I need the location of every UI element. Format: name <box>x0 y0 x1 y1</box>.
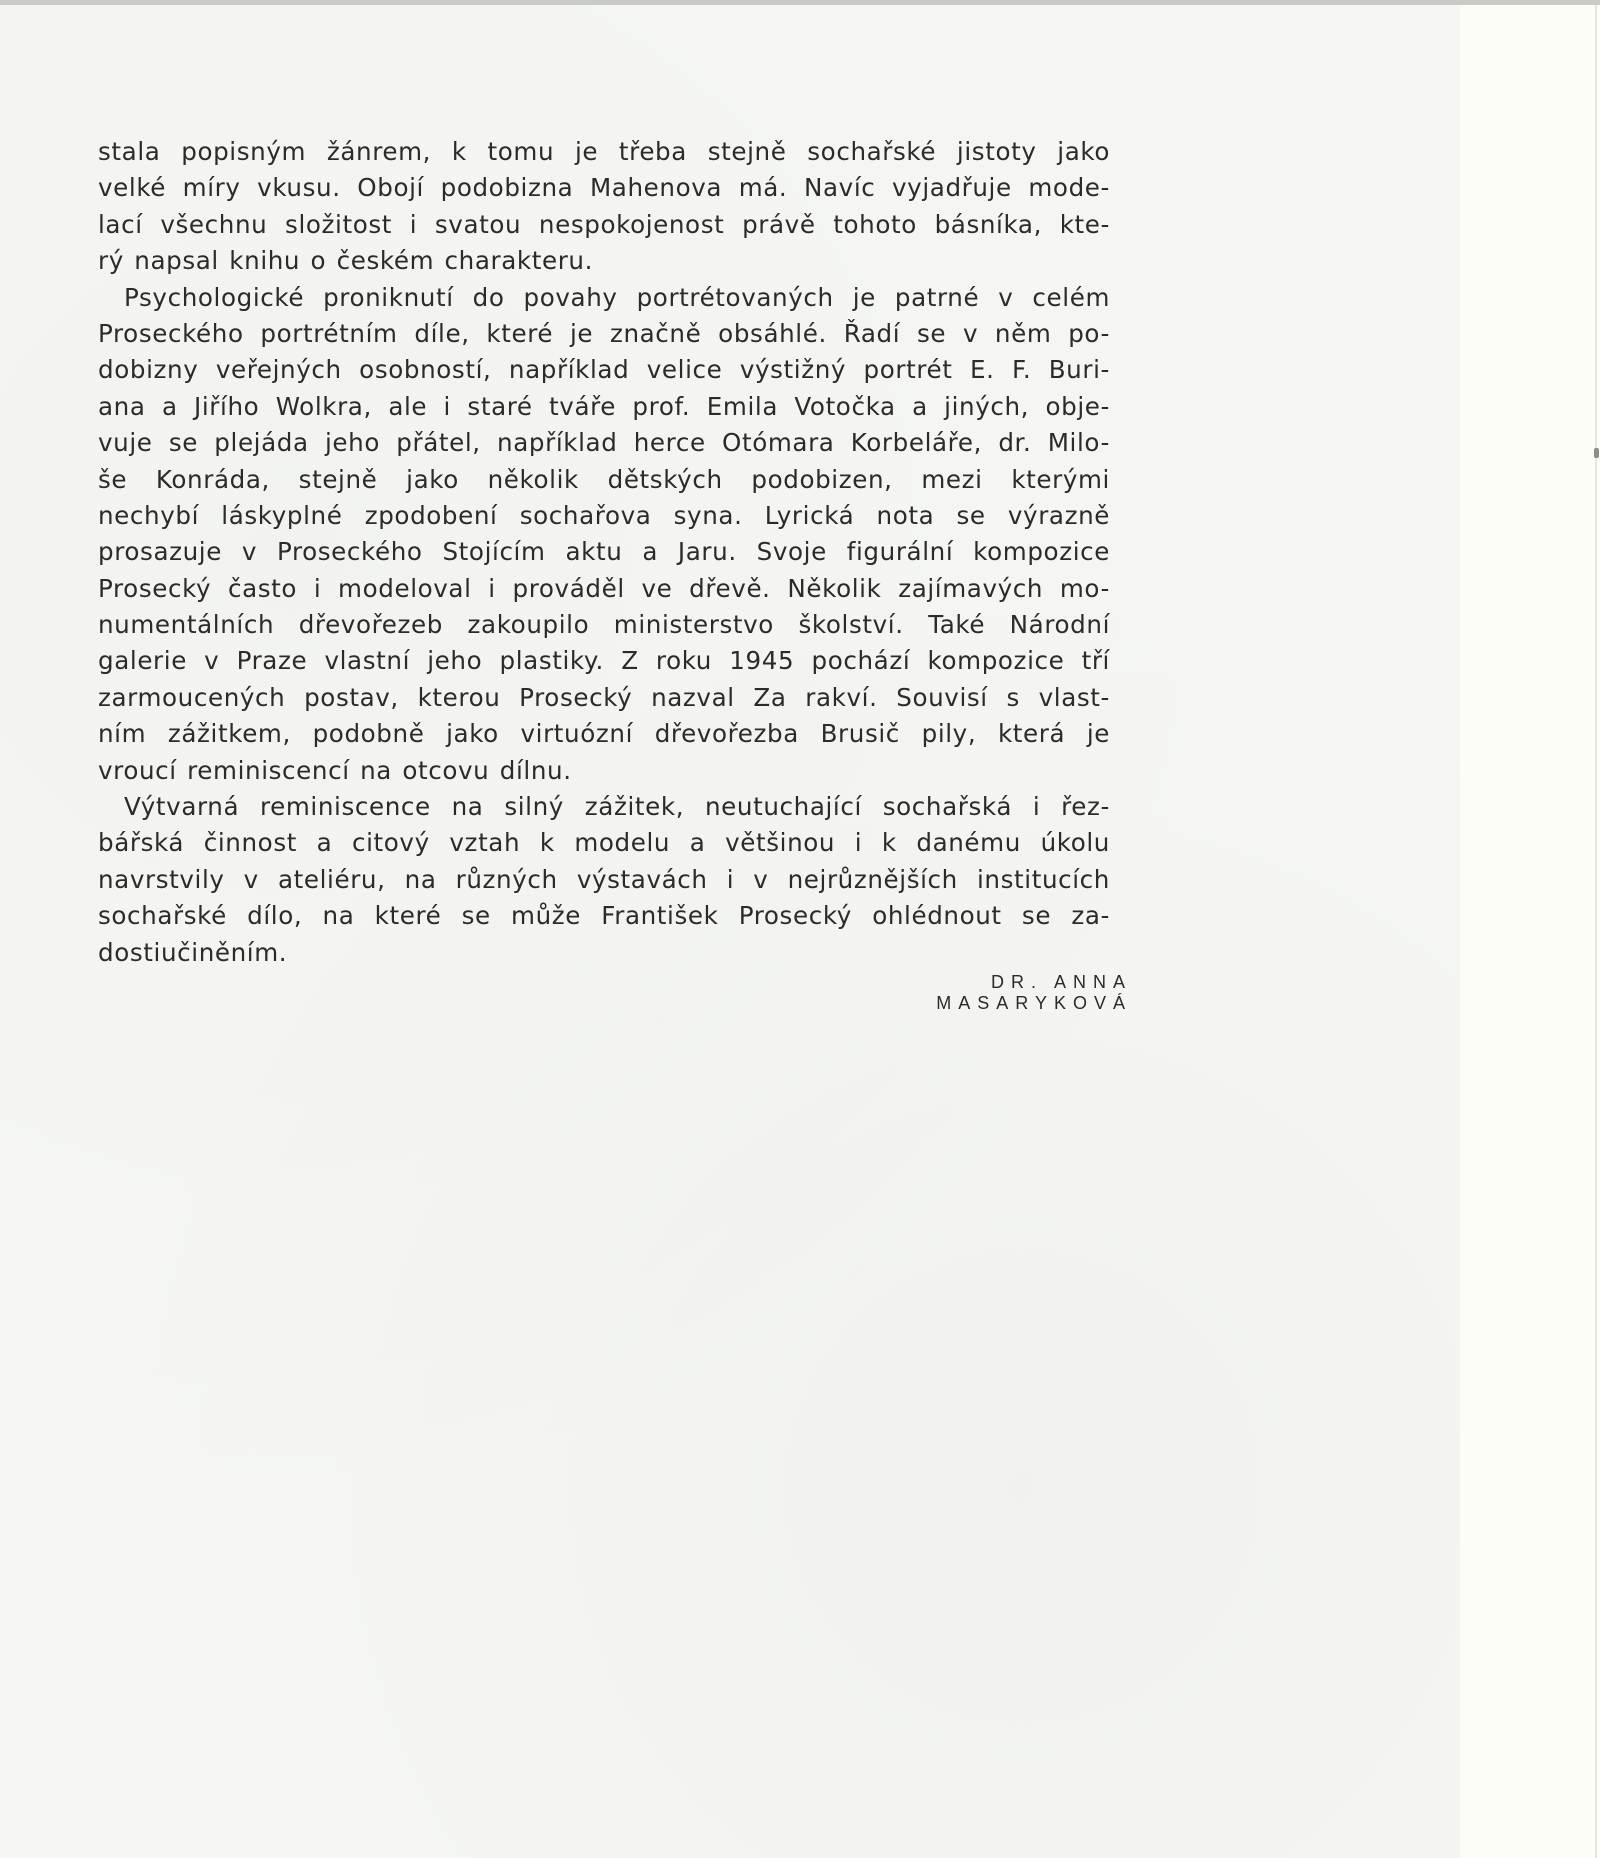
text-line: Výtvarná reminiscence na silný zážitek, … <box>98 789 1110 825</box>
text-line: dostiučiněním. <box>98 935 1110 971</box>
text-line: sochařské dílo, na které se může Františ… <box>98 898 1110 934</box>
text-line: dobizny veřejných osobností, například v… <box>98 352 1110 388</box>
page-edge-line <box>1595 5 1597 1858</box>
text-line: numentálních dřevořezeb zakoupilo minist… <box>98 607 1110 643</box>
adjacent-page-edge <box>1460 5 1600 1858</box>
text-line: Prosecký často i modeloval i prováděl ve… <box>98 571 1110 607</box>
text-line: bářská činnost a citový vztah k modelu a… <box>98 825 1110 861</box>
paragraph-2: Psychologické proniknutí do povahy portr… <box>98 280 1110 789</box>
paragraph-1: stala popisným žánrem, k tomu je třeba s… <box>98 134 1110 280</box>
text-line: ním zážitkem, podobně jako virtuózní dře… <box>98 716 1110 752</box>
text-line: stala popisným žánrem, k tomu je třeba s… <box>98 134 1110 170</box>
author-signature: DR. ANNA MASARYKOVÁ <box>798 972 1132 1014</box>
text-line: navrstvily v ateliéru, na různých výstav… <box>98 862 1110 898</box>
text-line: zarmoucených postav, kterou Prosecký naz… <box>98 680 1110 716</box>
text-line: še Konráda, stejně jako několik dětských… <box>98 462 1110 498</box>
paragraph-3: Výtvarná reminiscence na silný zážitek, … <box>98 789 1110 971</box>
text-line: galerie v Praze vlastní jeho plastiky. Z… <box>98 643 1110 679</box>
page-edge-mark <box>1594 448 1599 458</box>
text-line: vuje se plejáda jeho přátel, například h… <box>98 425 1110 461</box>
text-line: Proseckého portrétním díle, které je zna… <box>98 316 1110 352</box>
text-line: nechybí láskyplné zpodobení sochařova sy… <box>98 498 1110 534</box>
text-line: prosazuje v Proseckého Stojícím aktu a J… <box>98 534 1110 570</box>
text-line: Psychologické proniknutí do povahy portr… <box>98 280 1110 316</box>
text-line: ana a Jiřího Wolkra, ale i staré tváře p… <box>98 389 1110 425</box>
article-body: stala popisným žánrem, k tomu je třeba s… <box>98 134 1110 971</box>
text-line: lací všechnu složitost i svatou nespokoj… <box>98 207 1110 243</box>
text-line: velké míry vkusu. Obojí podobizna Maheno… <box>98 170 1110 206</box>
text-line: rý napsal knihu o českém charakteru. <box>98 243 1110 279</box>
text-line: vroucí reminiscencí na otcovu dílnu. <box>98 753 1110 789</box>
